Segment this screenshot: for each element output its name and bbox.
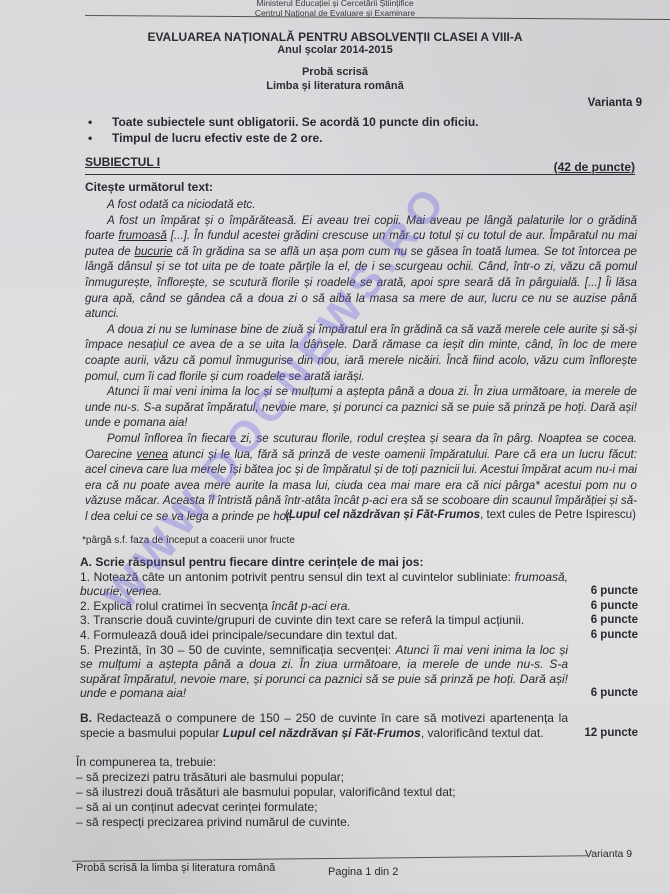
question-points: 6 puncte	[591, 628, 638, 643]
footer-rule	[72, 855, 587, 861]
read-prompt: Citește următorul text:	[85, 180, 213, 194]
part-b: B. Redactează o compunere de 150 – 250 d…	[80, 711, 638, 741]
question-points: 6 puncte	[591, 613, 638, 628]
exam-page: Ministerul Educației și Cercetării Știin…	[0, 0, 670, 894]
question-item: 2. Explică rolul cratimei în secvența în…	[80, 599, 638, 614]
question-item: 3. Transcrie două cuvinte/grupuri de cuv…	[80, 613, 638, 628]
question-points: 6 puncte	[591, 599, 638, 614]
story-paragraph: A doua zi nu se luminase bine de ziuă și…	[85, 322, 637, 384]
requirements-intro: În compunerea ta, trebuie:	[76, 755, 456, 770]
instruction-item: Timpul de lucru efectiv este de 2 ore.	[88, 130, 479, 146]
school-year: Anul școlar 2014-2015	[0, 44, 670, 56]
footer-variant: Varianta 9	[585, 848, 632, 860]
underlined-word: bucurie	[135, 245, 173, 258]
requirements: În compunerea ta, trebuie: – să precizez…	[76, 755, 456, 830]
page-number: Pagina 1 din 2	[328, 866, 398, 878]
part-b-prefix: B.	[80, 711, 92, 725]
section-points: (42 de puncte)	[554, 160, 635, 174]
section-title: SUBIECTUL I	[85, 155, 160, 169]
instruction-item: Toate subiectele sunt obligatorii. Se ac…	[88, 114, 479, 130]
part-b-text-end: , valorificând textul dat.	[421, 726, 544, 740]
question-points: 6 puncte	[591, 686, 638, 701]
exam-title: EVALUAREA NAȚIONALĂ PENTRU ABSOLVENȚII C…	[0, 30, 670, 44]
requirement-item: – să ilustrezi două trăsături ale basmul…	[76, 785, 456, 800]
requirement-item: – să respecți precizarea privind numărul…	[76, 815, 456, 830]
instructions-list: Toate subiectele sunt obligatorii. Se ac…	[88, 114, 479, 146]
section-header: SUBIECTUL I (42 de puncte)	[85, 155, 635, 175]
part-b-points: 12 puncte	[584, 726, 638, 741]
underlined-word: frumoasă	[119, 229, 167, 242]
footer-left: Probă scrisă la limba și literatura româ…	[76, 862, 275, 874]
source-author: , text cules de Petre Ispirescu)	[480, 508, 636, 521]
question-points: 6 puncte	[591, 584, 638, 599]
story-text: A fost odată ca niciodată etc.A fost un …	[85, 197, 637, 524]
subject-name: Limba și literatura română	[0, 80, 670, 92]
underlined-word: venea	[137, 448, 169, 461]
part-b-title: Lupul cel năzdrăvan și Făt-Frumos	[223, 726, 421, 740]
question-item: 4. Formulează două idei principale/secun…	[80, 628, 638, 643]
requirement-item: – să precizezi patru trăsături ale basmu…	[76, 770, 456, 785]
story-paragraph: Atunci îi mai veni inima la loc și se mu…	[85, 384, 637, 431]
story-paragraph: A fost odată ca niciodată etc.	[85, 197, 637, 213]
question-item: 5. Prezintă, în 30 – 50 de cuvinte, semn…	[80, 643, 638, 701]
requirement-item: – să ai un conținut adecvat cerinței for…	[76, 800, 456, 815]
source-citation: (Lupul cel năzdrăvan și Făt-Frumos, text…	[285, 508, 636, 521]
variant-label: Varianta 9	[588, 97, 642, 109]
exam-type: Probă scrisă	[0, 66, 670, 78]
source-title: Lupul cel năzdrăvan și Făt-Frumos	[289, 508, 480, 521]
ministry-label: Ministerul Educației și Cercetării Știin…	[0, 0, 670, 8]
